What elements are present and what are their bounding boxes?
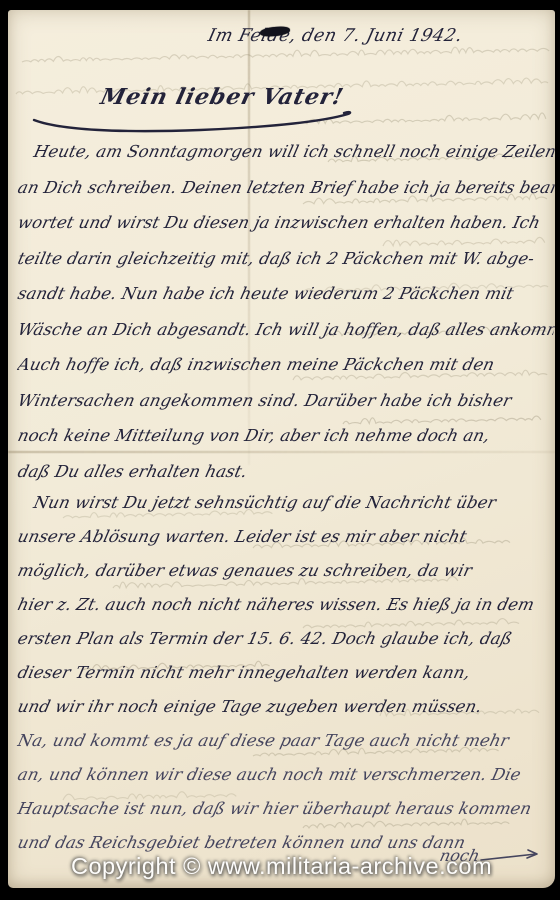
salutation-underline-flourish — [30, 106, 360, 136]
date-line: Im Felde, den 7. Juni 1942. — [206, 26, 464, 46]
scan-frame: Im Felde, den 7. Juni 1942. Mein lieber … — [0, 0, 560, 900]
handwriting-line: Wäsche an Dich abgesandt. Ich will ja ho… — [14, 312, 555, 348]
handwriting-line: wortet und wirst Du diesen ja inzwischen… — [14, 205, 555, 241]
handwriting-line: an, und können wir diese auch noch mit v… — [14, 758, 555, 792]
handwriting-line: daß Du alles erhalten hast. — [14, 454, 555, 490]
handwriting-line: teilte darin gleichzeitig mit, daß ich 2… — [14, 241, 555, 277]
handwriting-line: Hauptsache ist nun, daß wir hier überhau… — [14, 792, 555, 826]
handwriting-line: Auch hoffe ich, daß inzwischen meine Päc… — [14, 347, 555, 383]
handwriting-line: Heute, am Sonntagmorgen will ich schnell… — [14, 134, 555, 170]
handwriting-line: Na, und kommt es ja auf diese paar Tage … — [14, 724, 555, 758]
handwriting-line: sandt habe. Nun habe ich heute wiederum … — [14, 276, 555, 312]
catchword: noch — [438, 846, 541, 865]
handwriting-line: noch keine Mitteilung von Dir, aber ich … — [14, 418, 555, 454]
handwriting-line: Wintersachen angekommen sind. Darüber ha… — [14, 383, 555, 419]
letter-page: Im Felde, den 7. Juni 1942. Mein lieber … — [8, 10, 555, 888]
handwriting-line: unsere Ablösung warten. Leider ist es mi… — [14, 520, 555, 554]
continuation-arrow-icon — [479, 848, 541, 864]
handwriting-line: Nun wirst Du jetzt sehnsüchtig auf die N… — [14, 486, 555, 520]
handwriting-line: und wir ihr noch einige Tage zugeben wer… — [14, 690, 555, 724]
handwriting-line: dieser Termin nicht mehr innegehalten we… — [14, 656, 555, 690]
handwriting-line: an Dich schreiben. Deinen letzten Brief … — [14, 170, 555, 206]
paragraph: Nun wirst Du jetzt sehnsüchtig auf die N… — [14, 486, 550, 860]
catchword-label: noch — [438, 846, 482, 865]
handwriting-line: möglich, darüber etwas genaues zu schrei… — [14, 554, 555, 588]
handwriting-line: hier z. Zt. auch noch nicht näheres wiss… — [14, 588, 555, 622]
paragraph: Heute, am Sonntagmorgen will ich schnell… — [14, 134, 550, 489]
handwriting-line: ersten Plan als Termin der 15. 6. 42. Do… — [14, 622, 555, 656]
